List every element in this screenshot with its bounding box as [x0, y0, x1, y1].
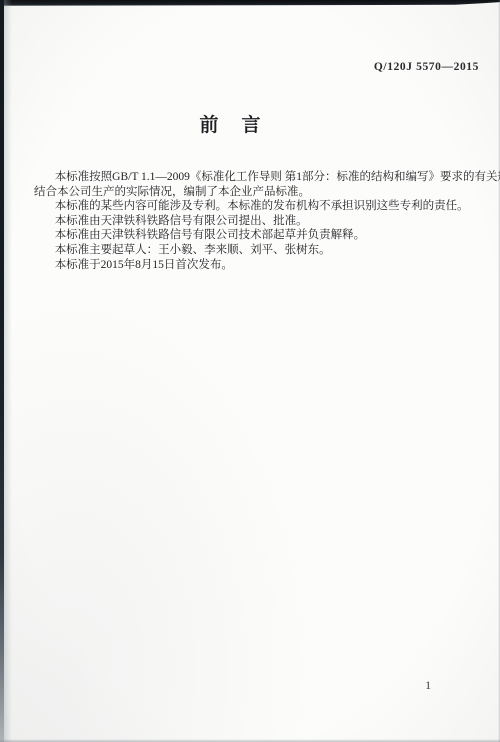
body-line: 本标准由天津铁科铁路信号有限公司技术部起草并负责解释。	[34, 228, 470, 243]
body-line: 本标准主要起草人：王小毅、李来顺、刘平、张树东。	[34, 243, 470, 258]
body-line: 本标准由天津铁科铁路信号有限公司提出、批准。	[34, 214, 470, 229]
body-line: 本标准于2015年8月15日首次发布。	[34, 258, 470, 273]
standard-code: Q/120J 5570—2015	[374, 61, 479, 73]
body-line: 本标准的某些内容可能涉及专利。本标准的发布机构不承担识别这些专利的责任。	[34, 199, 470, 214]
body-line: 结合本公司生产的实际情况，编制了本企业产品标准。	[34, 185, 470, 200]
page-title: 前 言	[0, 110, 462, 137]
foreword-body: 本标准按照GB/T 1.1—2009《标准化工作导则 第1部分：标准的结构和编写…	[34, 170, 470, 272]
scanned-document-page: Q/120J 5570—2015 前 言 本标准按照GB/T 1.1—2009《…	[0, 0, 500, 742]
body-line: 本标准按照GB/T 1.1—2009《标准化工作导则 第1部分：标准的结构和编写…	[34, 170, 470, 185]
scan-top-edge-artifact	[0, 0, 500, 6]
page-number: 1	[425, 680, 431, 692]
